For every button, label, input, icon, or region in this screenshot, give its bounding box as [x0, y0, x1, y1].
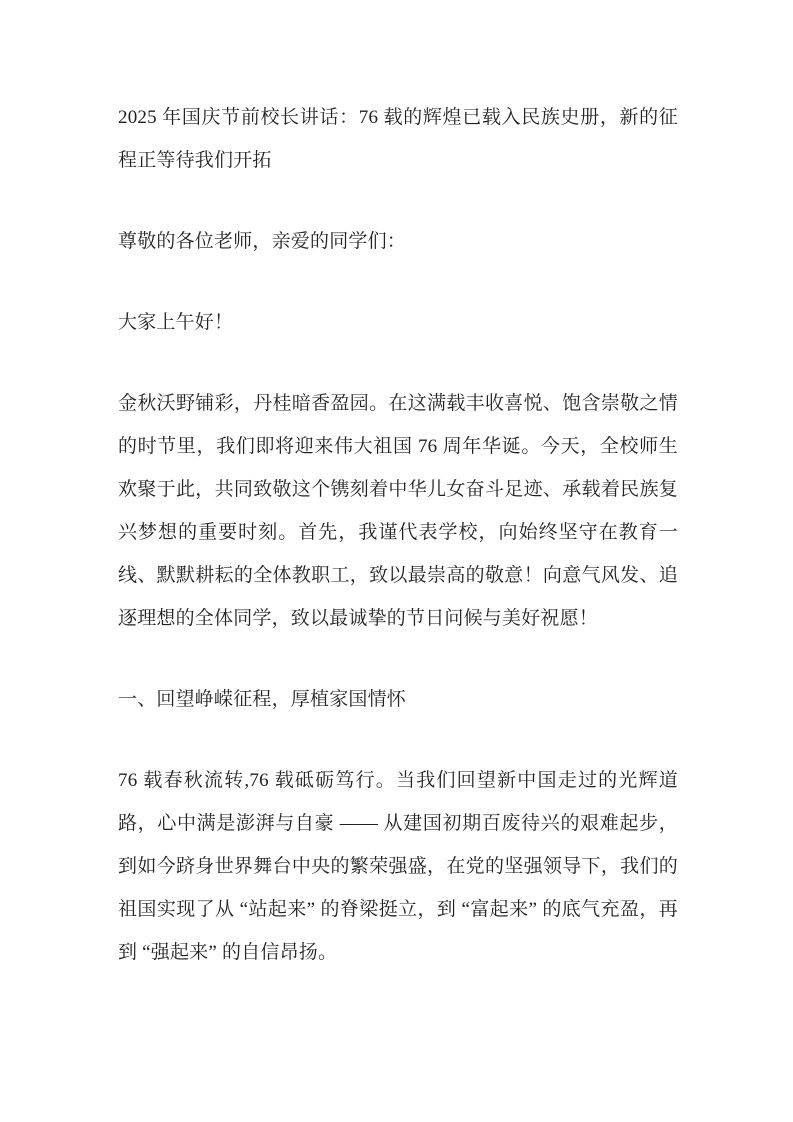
document-title: 2025 年国庆节前校长讲话：76 载的辉煌已载入民族史册，新的征程正等待我们开…: [118, 96, 678, 182]
document-page: 2025 年国庆节前校长讲话：76 载的辉煌已载入民族史册，新的征程正等待我们开…: [0, 0, 793, 1122]
salutation-paragraph: 尊敬的各位老师，亲爱的同学们：: [118, 220, 678, 263]
greeting-paragraph: 大家上午好！: [118, 301, 678, 344]
section-heading-1: 一、回望峥嵘征程，厚植家国情怀: [118, 678, 678, 721]
document-content: 2025 年国庆节前校长讲话：76 载的辉煌已载入民族史册，新的征程正等待我们开…: [118, 96, 678, 974]
section-1-paragraph: 76 载春秋流转,76 载砥砺笃行。当我们回望新中国走过的光辉道路，心中满是澎湃…: [118, 759, 678, 974]
opening-paragraph: 金秋沃野铺彩，丹桂暗香盈园。在这满载丰收喜悦、饱含崇敬之情的时节里，我们即将迎来…: [118, 382, 678, 640]
